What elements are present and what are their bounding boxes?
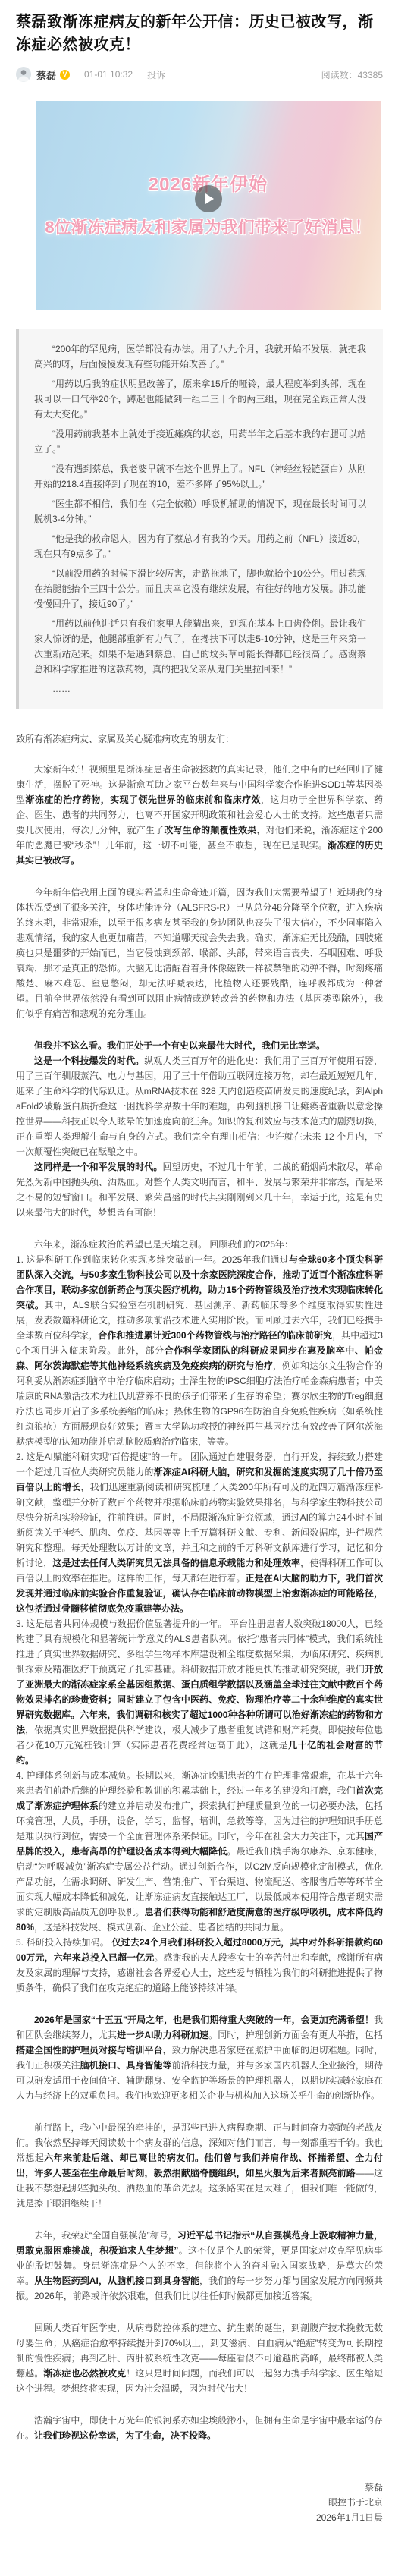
- letter-salutation: 致所有渐冻症病友、家属及关心疑难病攻克的朋友们：: [16, 731, 383, 747]
- letter-paragraphs: 大家新年好！视频里是渐冻症患者生命被拯救的真实记录，他们之中有的已经回归了健康生…: [16, 762, 383, 2443]
- divider: [140, 70, 140, 79]
- letter-paragraph: 1. 这是科研工作到临床转化实现多维突破的一年。2025年我们通过与全球60多个…: [16, 1252, 383, 1449]
- letter-paragraph: 5. 科研投入持续加码。 仅过去24个月我们科研投入超过8000万元，其中对外科…: [16, 1935, 383, 1996]
- quote-paragraph: “没有遇到蔡总，我老婆早就不在这个世界上了。NFL（神经丝轻链蛋白）从刚开始的2…: [34, 461, 366, 492]
- letter-body: 致所有渐冻症病友、家属及关心疑难病攻克的朋友们： 大家新年好！视频里是渐冻症患者…: [16, 731, 383, 2525]
- author-avatar[interactable]: [16, 67, 31, 82]
- avatar-image: [16, 67, 31, 82]
- quote-paragraph: “医生都不相信，我们在（完全依赖）呼吸机辅助的情况下，现在最长时间可以脱机3-4…: [34, 496, 366, 527]
- letter-paragraph: 2026年是国家“十五五”开局之年，也是我们期待重大突破的一年，会更加充满希望！…: [16, 2012, 383, 2103]
- letter-paragraph: 但我并不这么看。我们正处于一个有史以来最伟大时代，我们无比幸运。: [16, 1038, 383, 1053]
- letter-paragraph: 去年，我荣获“全国自强模范”称号，习近平总书记指示“从自强模范身上汲取精神力量，…: [16, 2228, 383, 2304]
- verified-badge-icon: V: [60, 70, 70, 80]
- letter-paragraph: 前行路上，我心中最深的牵挂的，是那些已进入病程晚期、正与时间奋力赛跑的老战友们。…: [16, 2120, 383, 2211]
- article-title: 蔡磊致渐冻症病友的新年公开信：历史已被改写，渐冻症必然被攻克！: [16, 11, 383, 56]
- letter-paragraph: 2. 这是AI赋能科研实现“百倍提速”的一年。 团队通过自建服务器，自行开发，持…: [16, 1449, 383, 1616]
- play-button[interactable]: [195, 185, 222, 212]
- quote-paragraph: “他是我的救命恩人，因为有了蔡总才有我的今天。用药之前（NFL）接近80，现在只…: [34, 531, 366, 561]
- quote-paragraph: “用药以后我的症状明显改善了，原来拿15斤的哑铃，最大程度举到头部，现在我可以一…: [34, 376, 366, 422]
- quote-block: “200年的罕见病，医学都没有办法。用了八九个月，我就开始不发展，就把我高兴的呀…: [16, 329, 383, 709]
- read-count: 阅读数：43385: [321, 68, 383, 81]
- quote-paragraph: “用药以前他讲话只有我们家里人能猜出来，到现在基本上口齿伶俐。最让我们家人惊讶的…: [34, 616, 366, 677]
- quote-paragraph: “200年的罕见病，医学都没有办法。用了八九个月，我就开始不发展，就把我高兴的呀…: [34, 341, 366, 372]
- quote-paragraph: ……: [34, 681, 366, 697]
- article-page: 蔡磊致渐冻症病友的新年公开信：历史已被改写，渐冻症必然被攻克！ 蔡磊 V 01-…: [0, 0, 417, 2576]
- divider: [77, 70, 77, 79]
- quote-paragraph: “以前没用药的时候下滑比较厉害，走路拖地了，脚也就抬个10公分。用过药现在抬腿能…: [34, 566, 366, 612]
- letter-paragraph: 浩瀚宇宙中，即使十万光年的银河系亦如尘埃般渺小，但拥有生命是宇宙中最幸运的存在。…: [16, 2413, 383, 2443]
- signature-line: 2026年1月1日晨: [16, 2510, 383, 2525]
- author-name[interactable]: 蔡磊: [36, 68, 56, 82]
- letter-paragraph: 4. 护理体系创新与成本减负。长期以来，渐冻症晚期患者的生存护理非常艰难，在基于…: [16, 1768, 383, 1935]
- letter-paragraph: 大家新年好！视频里是渐冻症患者生命被拯救的真实记录，他们之中有的已经回归了健康生…: [16, 762, 383, 868]
- signature-line: 眼控书于北京: [16, 2495, 383, 2510]
- video-player[interactable]: 2026新年伊始 8位渐冻症病友和家属为我们带来了好消息！: [36, 101, 381, 310]
- letter-paragraph: 今年新年信我用上面的现实希望和生命奇迹开篇，因为我们太需要希望了！近期我的身体状…: [16, 885, 383, 1021]
- letter-paragraph: 这是一个科技爆发的时代。纵观人类三百万年的进化史：我们用了三百万年使用石器，用了…: [16, 1053, 383, 1159]
- play-icon: [205, 193, 214, 204]
- letter-paragraph: 回顾人类百年医学史，从病毒防控体系的建立、抗生素的诞生，到剖腹产技术挽救无数母婴…: [16, 2320, 383, 2396]
- quote-paragraph: “没用药前我基本上就处于接近瘫痪的状态，用药半年之后基本我的右腿可以站立了。”: [34, 426, 366, 457]
- letter-paragraph: 这同样是一个和平发展的时代。回望历史，不过几十年前，二战的硝烟尚未散尽，革命先烈…: [16, 1159, 383, 1220]
- publish-date: 01-01 10:32: [84, 69, 133, 80]
- signature-line: 蔡磊: [16, 2480, 383, 2495]
- video-caption-line2: 8位渐冻症病友和家属为我们带来了好消息！: [36, 215, 381, 238]
- letter-paragraph: 3. 这是患者共同体规模与数据价值显著提升的一年。 平台注册患者人数突破1800…: [16, 1616, 383, 1768]
- report-link[interactable]: 投诉: [147, 68, 165, 81]
- letter-paragraph: 六年来，渐冻症救治的希望已是天壤之别。 回顾我们的2025年：: [16, 1237, 383, 1252]
- signature-block: 蔡磊眼控书于北京2026年1月1日晨: [16, 2480, 383, 2525]
- author-row: 蔡磊 V 01-01 10:32 投诉 阅读数：43385: [16, 67, 383, 82]
